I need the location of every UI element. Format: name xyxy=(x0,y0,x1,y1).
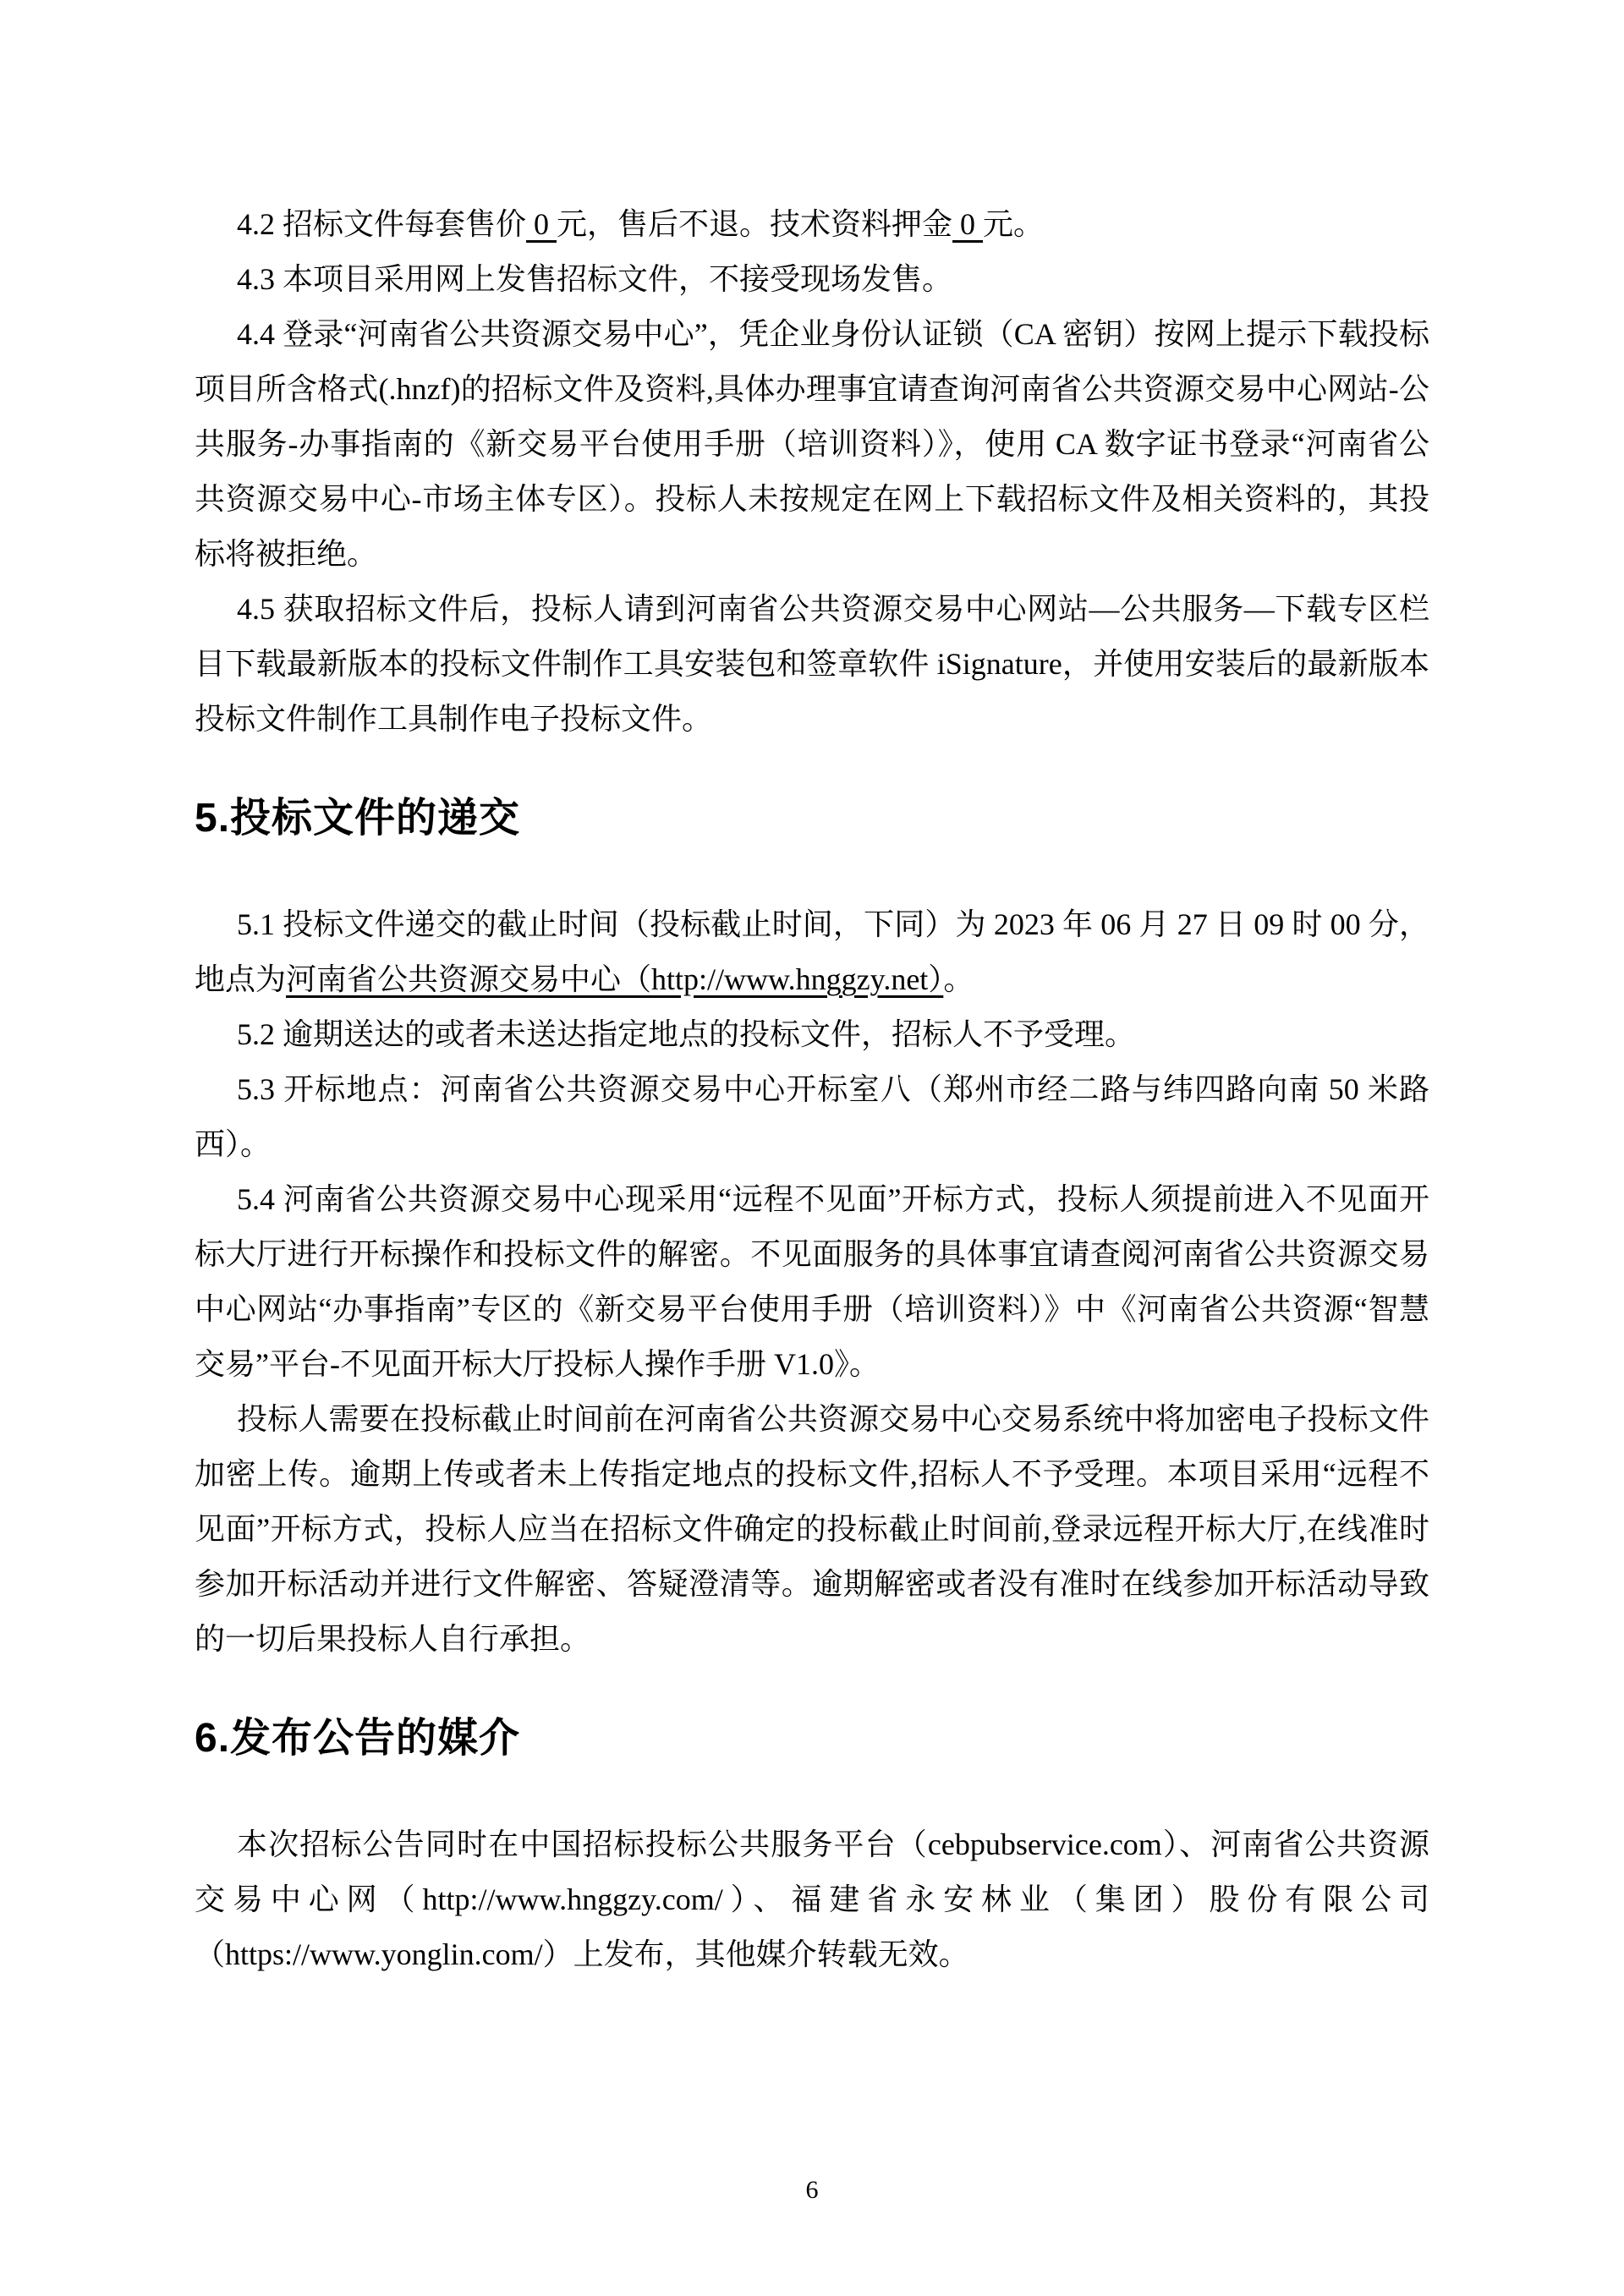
section-5-bid-submission: 5.1 投标文件递交的截止时间（投标截止时间，下同）为 2023 年 06 月 … xyxy=(195,897,1429,1667)
clause-4-4: 4.4 登录“河南省公共资源交易中心”，凭企业身份认证锁（CA 密钥）按网上提示… xyxy=(195,307,1429,582)
text-run: 元。 xyxy=(983,207,1044,241)
underlined-text: 0 xyxy=(952,207,983,241)
text-run: 投标人需要在投标截止时间前在河南省公共资源交易中心交易系统中将加密电子投标文件加… xyxy=(195,1402,1429,1656)
clause-5-4: 5.4 河南省公共资源交易中心现采用“远程不见面”开标方式，投标人须提前进入不见… xyxy=(195,1172,1429,1392)
page-number: 6 xyxy=(0,2175,1624,2206)
text-run: 4.5 获取招标文件后，投标人请到河南省公共资源交易中心网站—公共服务—下载专区… xyxy=(195,592,1429,736)
clause-5-2: 5.2 逾期送达的或者未送达指定地点的投标文件，招标人不予受理。 xyxy=(195,1007,1429,1062)
underlined-text: 0 xyxy=(526,207,557,241)
text-run: 元，售后不退。技术资料押金 xyxy=(557,207,952,241)
text-run: 4.2 招标文件每套售价 xyxy=(237,207,526,241)
text-run: 4.4 登录“河南省公共资源交易中心”，凭企业身份认证锁（CA 密钥）按网上提示… xyxy=(195,317,1429,571)
text-run: 5.4 河南省公共资源交易中心现采用“远程不见面”开标方式，投标人须提前进入不见… xyxy=(195,1182,1429,1381)
page-content: 4.2 招标文件每套售价 0 元，售后不退。技术资料押金 0 元。4.3 本项目… xyxy=(195,197,1429,1982)
clause-5-1: 5.1 投标文件递交的截止时间（投标截止时间，下同）为 2023 年 06 月 … xyxy=(195,897,1429,1007)
section-5-heading: 5.投标文件的递交 xyxy=(195,792,1429,845)
clause-4-3: 4.3 本项目采用网上发售招标文件，不接受现场发售。 xyxy=(195,252,1429,307)
document-page: 4.2 招标文件每套售价 0 元，售后不退。技术资料押金 0 元。4.3 本项目… xyxy=(0,0,1624,2296)
text-run: 5.3 开标地点：河南省公共资源交易中心开标室八（郑州市经二路与纬四路向南 50… xyxy=(195,1072,1429,1161)
announcement-media: 本次招标公告同时在中国招标投标公共服务平台（cebpubservice.com）… xyxy=(195,1817,1429,1982)
text-run: 5.2 逾期送达的或者未送达指定地点的投标文件，招标人不予受理。 xyxy=(237,1017,1135,1051)
clause-5-upload-notice: 投标人需要在投标截止时间前在河南省公共资源交易中心交易系统中将加密电子投标文件加… xyxy=(195,1392,1429,1667)
text-run: 。 xyxy=(943,962,974,996)
clause-5-3: 5.3 开标地点：河南省公共资源交易中心开标室八（郑州市经二路与纬四路向南 50… xyxy=(195,1062,1429,1172)
section-4-bid-document-sale: 4.2 招标文件每套售价 0 元，售后不退。技术资料押金 0 元。4.3 本项目… xyxy=(195,197,1429,747)
clause-4-5: 4.5 获取招标文件后，投标人请到河南省公共资源交易中心网站—公共服务—下载专区… xyxy=(195,582,1429,747)
clause-4-2: 4.2 招标文件每套售价 0 元，售后不退。技术资料押金 0 元。 xyxy=(195,197,1429,252)
section-6-announcement-media: 本次招标公告同时在中国招标投标公共服务平台（cebpubservice.com）… xyxy=(195,1817,1429,1982)
section-6-heading: 6.发布公告的媒介 xyxy=(195,1712,1429,1765)
text-run: 4.3 本项目采用网上发售招标文件，不接受现场发售。 xyxy=(237,262,952,296)
underlined-text: 河南省公共资源交易中心（http://www.hnggzy.net） xyxy=(286,962,943,996)
text-run: 本次招标公告同时在中国招标投标公共服务平台（cebpubservice.com）… xyxy=(195,1827,1429,1971)
